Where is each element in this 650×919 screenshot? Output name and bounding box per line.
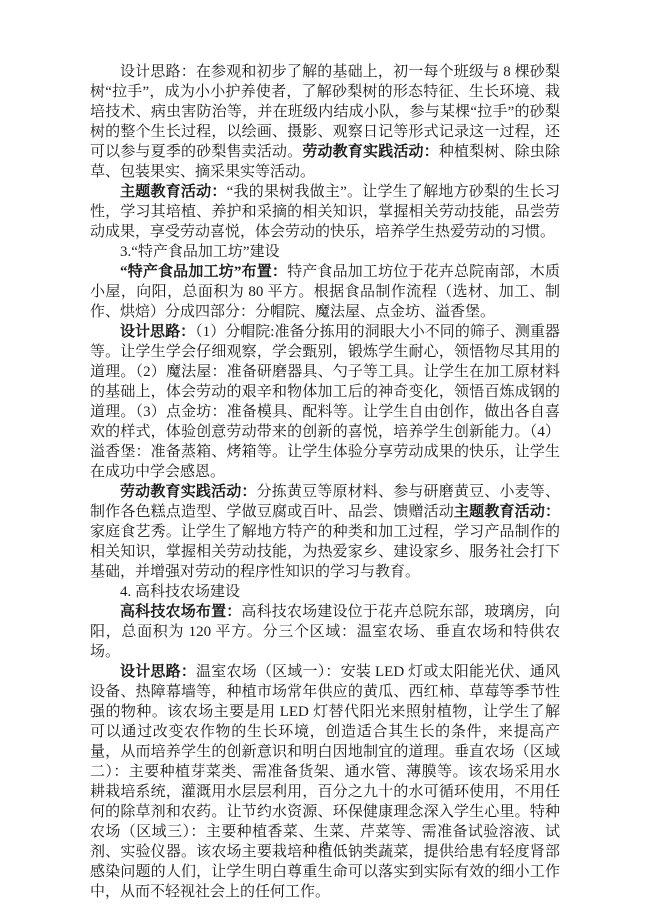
document-page: 设计思路：在参观和初步了解的基础上，初一每个班级与 8 棵砂梨树“拉手”，成为小…	[0, 0, 650, 919]
body-text: 3.“特产食品加工坊”建设	[120, 244, 280, 260]
label-text: “特产食品加工坊”布置：	[120, 264, 287, 280]
label-text: 主题教育活动：	[454, 504, 560, 520]
paragraph: 设计思路：温室农场（区域一）：安装 LED 灯或太阳能光伏、通风设备、热障幕墙等…	[90, 662, 560, 902]
label-text: 高科技农场布置：	[120, 604, 241, 620]
section-heading: 3.“特产食品加工坊”建设	[90, 242, 560, 262]
body-text: 温室农场（区域一）：安装 LED 灯或太阳能光伏、通风设备、热障幕墙等，种植市场…	[90, 664, 560, 900]
paragraph: 设计思路：在参观和初步了解的基础上，初一每个班级与 8 棵砂梨树“拉手”，成为小…	[90, 62, 560, 182]
paragraph: 主题教育活动：“我的果树我做主”。让学生了解地方砂梨的生长习性，学习其培植、养护…	[90, 182, 560, 242]
body-text: 4. 高科技农场建设	[120, 584, 240, 600]
label-text: 设计思路：	[120, 324, 195, 340]
body-text: （1）分帽院:准备分拣用的洞眼大小不同的筛子、测重器等。让学生学会仔细观察，学会…	[90, 324, 560, 480]
paragraph: 劳动教育实践活动：分拣黄豆等原材料、参与研磨黄豆、小麦等、制作各色糕点造型、学做…	[90, 482, 560, 582]
label-text: 主题教育活动：	[120, 184, 227, 200]
section-heading: 4. 高科技农场建设	[90, 582, 560, 602]
paragraph: 设计思路：（1）分帽院:准备分拣用的洞眼大小不同的筛子、测重器等。让学生学会仔细…	[90, 322, 560, 482]
document-content: 设计思路：在参观和初步了解的基础上，初一每个班级与 8 棵砂梨树“拉手”，成为小…	[90, 62, 560, 902]
page-number: 8	[0, 838, 650, 853]
label-text: 劳动教育实践活动：	[120, 484, 257, 500]
label-text: 设计思路：	[120, 664, 196, 680]
body-text: 家庭食艺秀。让学生了解地方特产的种类和加工过程，学习产品制作的相关知识，掌握相关…	[90, 524, 560, 580]
paragraph: 高科技农场布置：高科技农场建设位于花卉总院东部，玻璃房，向阳，总面积为 120 …	[90, 602, 560, 662]
label-text: 劳动教育实践活动：	[302, 144, 439, 160]
paragraph: “特产食品加工坊”布置：特产食品加工坊位于花卉总院南部，木质小屋，向阳，总面积为…	[90, 262, 560, 322]
